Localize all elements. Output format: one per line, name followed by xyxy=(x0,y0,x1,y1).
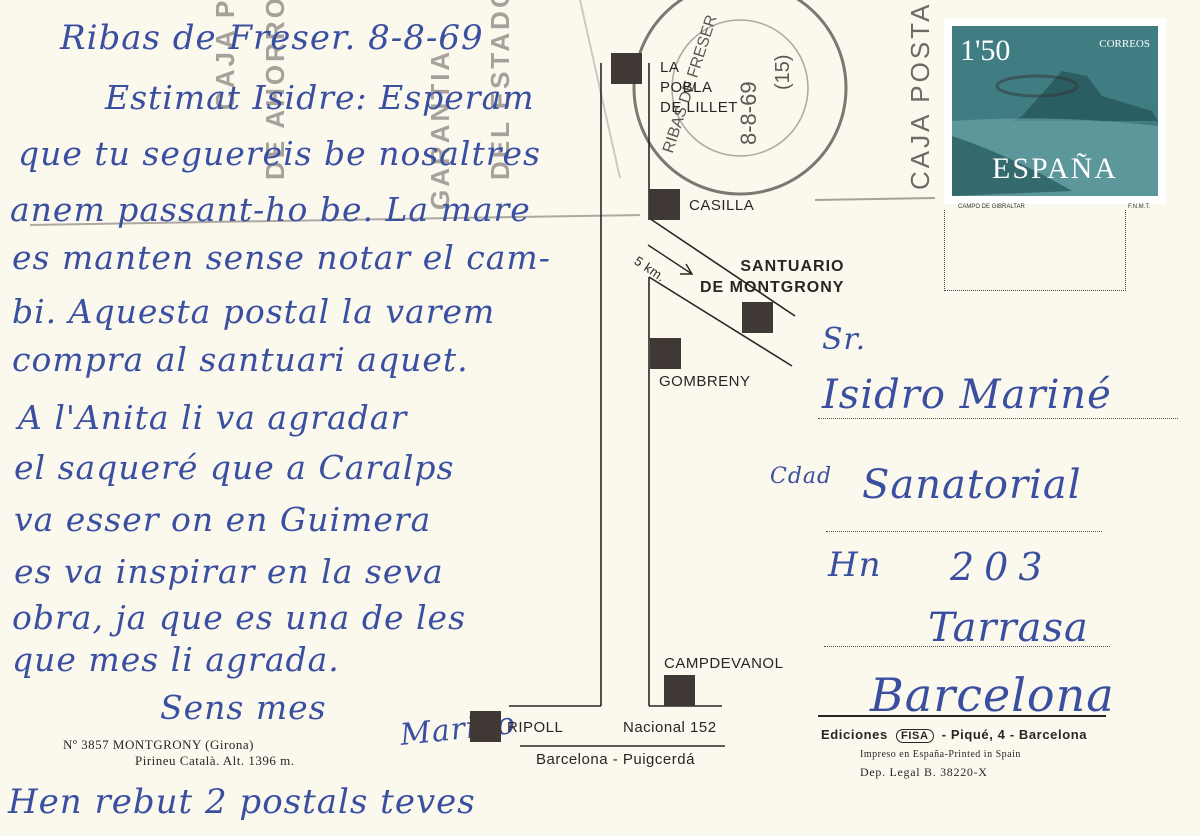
publisher-label: Ediciones xyxy=(821,727,888,742)
letter-line: que mes li agrada. xyxy=(12,640,340,679)
place-marker xyxy=(611,53,642,84)
place-marker xyxy=(470,711,501,742)
place-santuario-de-montgrony: SANTUARIO DE MONTGRONY xyxy=(700,256,844,298)
place-label-line: POBLA xyxy=(660,78,738,98)
place-la-pobla-de-lillet: LA POBLA DE LILLET xyxy=(660,58,738,118)
stamp-country: ESPAÑA xyxy=(992,152,1118,186)
stamp-header: CORREOS xyxy=(1099,38,1150,50)
address-number: 203 xyxy=(950,545,1053,589)
stamp-printer: F.N.M.T. xyxy=(1128,204,1150,210)
address-line-rule xyxy=(826,531,1102,532)
publisher-logo: FISA xyxy=(896,729,933,743)
letter-line: es manten sense notar el cam- xyxy=(12,238,551,277)
publisher-line: Ediciones FISA - Piqué, 4 - Barcelona xyxy=(821,727,1087,743)
letter-line: obra, ja que es una de les xyxy=(12,598,466,637)
place-campdevanol: CAMPDEVANOL xyxy=(664,655,783,672)
place-marker xyxy=(650,338,681,369)
place-label-line: DE LILLET xyxy=(660,98,738,118)
address-number-prefix: Hn xyxy=(828,545,882,585)
letter-postscript: Hen rebut 2 postals teves xyxy=(8,782,476,822)
stamp-value: 1'50 xyxy=(960,34,1010,68)
postage-stamp: 1'50 CORREOS ESPAÑA xyxy=(944,18,1166,204)
letter-dateline: Ribas de Freser. 8-8-69 xyxy=(60,18,484,58)
place-marker xyxy=(742,302,773,333)
address-line-rule xyxy=(818,418,1178,419)
address-city: Tarrasa xyxy=(928,605,1089,651)
place-label-line: SANTUARIO xyxy=(700,256,844,277)
caption-title: Nº 3857 MONTGRONY (Girona) xyxy=(63,737,254,753)
place-gombreny: GOMBRENY xyxy=(659,373,751,390)
postmark-date: 8-8-69 xyxy=(736,81,762,145)
letter-closing: Sens mes xyxy=(160,688,327,727)
place-ripoll: RIPOLL xyxy=(507,719,563,736)
road-route: Barcelona - Puigcerdá xyxy=(536,751,695,768)
letter-line: anem passant-ho be. La mare xyxy=(10,190,531,229)
letter-line: el saqueré que a Caralps xyxy=(14,448,454,487)
place-casilla: CASILLA xyxy=(689,197,754,214)
stamp-image: 1'50 CORREOS ESPAÑA xyxy=(952,26,1158,196)
letter-line: A l'Anita li va agradar xyxy=(18,398,407,437)
address-street-prefix: Cdad xyxy=(770,464,832,489)
letter-line: Estimat Isidre: Esperam xyxy=(105,78,535,117)
printed-in: Impreso en España-Printed in Spain xyxy=(860,749,1021,760)
stamp-placement-box xyxy=(944,210,1126,291)
address-street: Sanatorial xyxy=(862,462,1082,508)
letter-line: bi. Aquesta postal la varem xyxy=(12,292,495,331)
letter-line: compra al santuari aquet. xyxy=(12,340,469,379)
caption-subtitle: Pirineu Català. Alt. 1396 m. xyxy=(135,753,295,769)
place-marker xyxy=(664,675,695,706)
postmark-code: (15) xyxy=(772,54,795,90)
letter-line: es va inspirar en la seva xyxy=(14,552,444,591)
address-line-rule xyxy=(824,646,1110,647)
postcard-back: CAJA POSTAL DE AHORROS GARANTIA DEL ESTA… xyxy=(0,0,1200,836)
letter-line: que tu seguereis be nosaltres xyxy=(18,134,541,173)
address-salutation: Sr. xyxy=(822,322,866,357)
place-label-line: LA xyxy=(660,58,738,78)
publisher-address: - Piqué, 4 - Barcelona xyxy=(942,727,1087,742)
place-label-line: DE MONTGRONY xyxy=(700,277,844,298)
road-name: Nacional 152 xyxy=(623,719,717,736)
letter-line: va esser on en Guimera xyxy=(14,500,431,539)
address-name: Isidro Mariné xyxy=(822,372,1112,418)
legal-deposit: Dep. Legal B. 38220-X xyxy=(860,765,988,780)
address-province: Barcelona xyxy=(870,668,1115,722)
place-marker xyxy=(649,189,680,220)
